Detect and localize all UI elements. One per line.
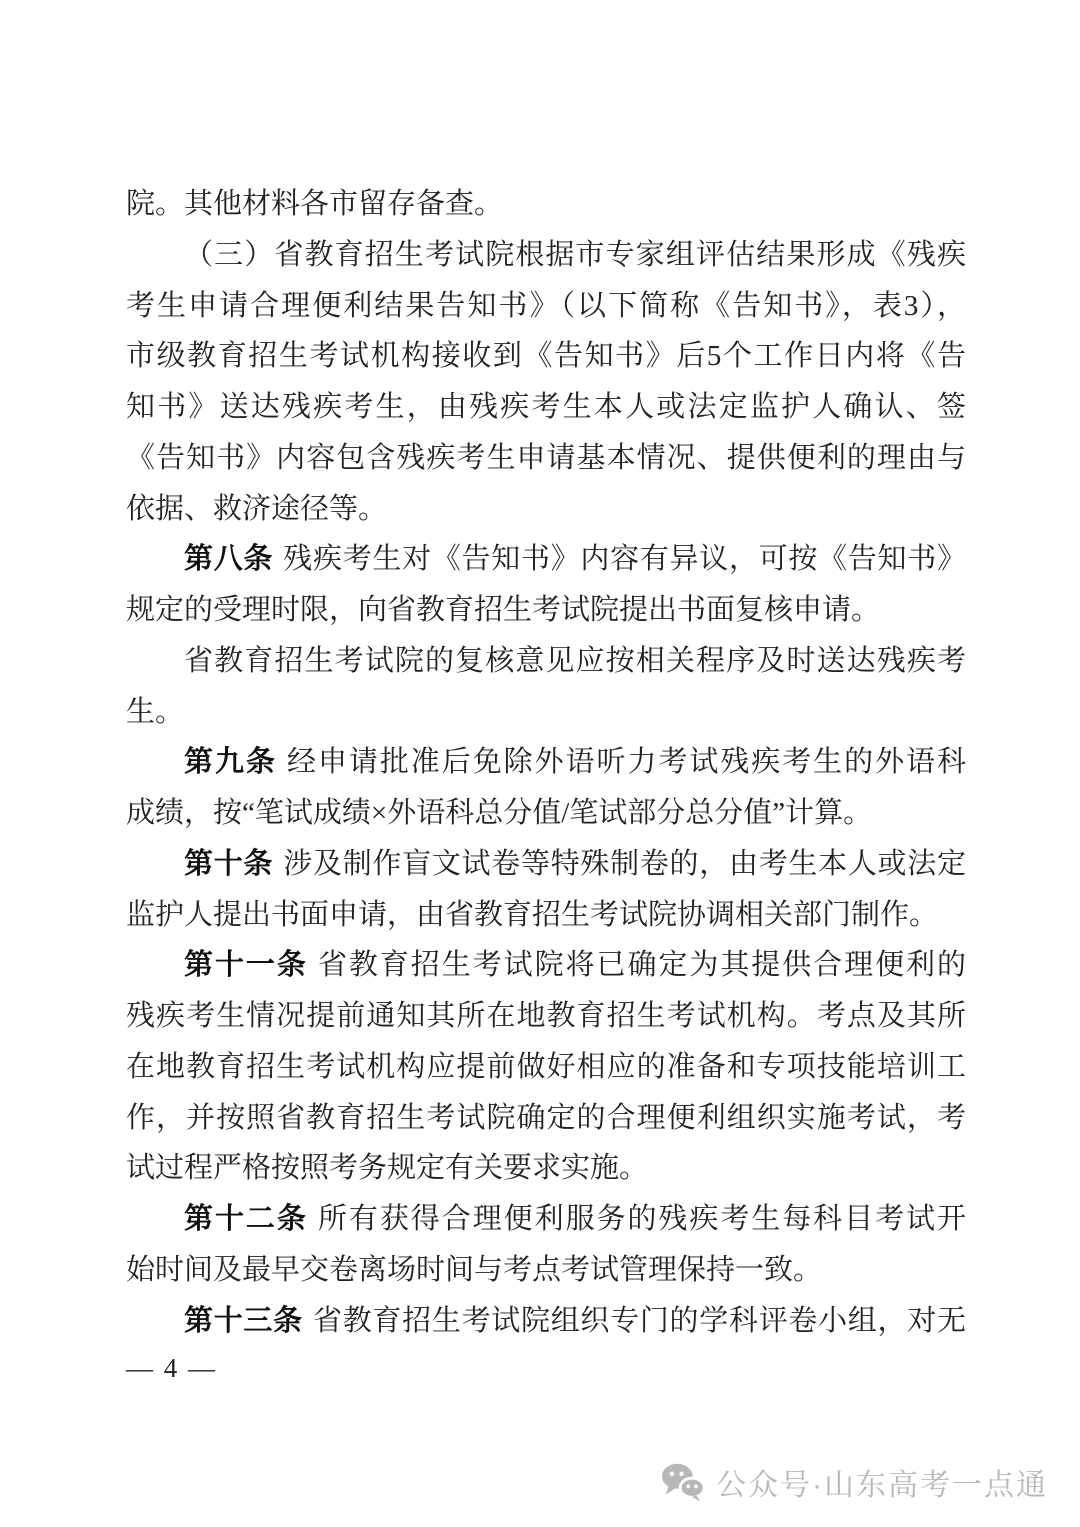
text-line: 第九条经申请批准后免除外语听力考试残疾考生的外语科 bbox=[126, 737, 966, 788]
text-line: 残疾考生情况提前通知其所在地教育招生考试机构。考点及其所 bbox=[126, 991, 966, 1042]
text-line: （三）省教育招生考试院根据市专家组评估结果形成《残疾 bbox=[126, 230, 966, 281]
text-line: 第八条残疾考生对《告知书》内容有异议，可按《告知书》 bbox=[126, 534, 966, 585]
line-text: 知书》送达残疾考生，由残疾考生本人或法定监护人确认、签收。 bbox=[126, 391, 966, 433]
line-text: 涉及制作盲文试卷等特殊制卷的，由考生本人或法定 bbox=[283, 848, 966, 880]
line-text: 省教育招生考试院组织专门的学科评卷小组，对无 bbox=[313, 1305, 966, 1337]
text-line: 监护人提出书面申请，由省教育招生考试院协调相关部门制作。 bbox=[126, 890, 966, 941]
line-text: 《告知书》内容包含残疾考生申请基本情况、提供便利的理由与 bbox=[126, 442, 966, 474]
line-text: 经申请批准后免除外语听力考试残疾考生的外语科 bbox=[287, 746, 966, 778]
page-number: — 4 — bbox=[126, 1348, 217, 1388]
text-line: 《告知书》内容包含残疾考生申请基本情况、提供便利的理由与 bbox=[126, 433, 966, 484]
text-line: 在地教育招生考试机构应提前做好相应的准备和专项技能培训工 bbox=[126, 1042, 966, 1093]
text-line: 规定的受理时限，向省教育招生考试院提出书面复核申请。 bbox=[126, 585, 966, 636]
line-text: 试过程严格按照考务规定有关要求实施。 bbox=[126, 1152, 648, 1184]
line-text: 省教育招生考试院的复核意见应按相关程序及时送达残疾考 bbox=[184, 645, 966, 677]
line-text: 市级教育招生考试机构接收到《告知书》后5个工作日内将《告 bbox=[126, 340, 966, 372]
article-number-label: 第十一条 bbox=[184, 949, 308, 981]
line-text: 残疾考生情况提前通知其所在地教育招生考试机构。考点及其所 bbox=[126, 1000, 966, 1032]
line-text: 院。其他材料各市留存备查。 bbox=[126, 188, 503, 220]
text-line: 第十二条所有获得合理便利服务的残疾考生每科目考试开 bbox=[126, 1194, 966, 1245]
line-text: （三）省教育招生考试院根据市专家组评估结果形成《残疾 bbox=[184, 239, 966, 271]
text-line: 依据、救济途径等。 bbox=[126, 484, 966, 535]
text-line: 生。 bbox=[126, 687, 966, 738]
line-text: 依据、救济途径等。 bbox=[126, 493, 387, 525]
wechat-account-label: 公众号·山东高考一点通 bbox=[716, 1460, 1048, 1504]
line-text: 规定的受理时限，向省教育招生考试院提出书面复核申请。 bbox=[126, 594, 880, 626]
text-line: 院。其他材料各市留存备查。 bbox=[126, 179, 966, 230]
article-number-label: 第九条 bbox=[184, 746, 277, 778]
text-line: 第十条涉及制作盲文试卷等特殊制卷的，由考生本人或法定 bbox=[126, 839, 966, 890]
line-text: 省教育招生考试院将已确定为其提供合理便利的 bbox=[318, 949, 966, 981]
line-text: 作，并按照省教育招生考试院确定的合理便利组织实施考试，考 bbox=[126, 1102, 966, 1134]
line-text: 残疾考生对《告知书》内容有异议，可按《告知书》 bbox=[283, 543, 966, 575]
wechat-watermark: 公众号·山东高考一点通 bbox=[660, 1460, 1048, 1504]
article-number-label: 第十条 bbox=[184, 848, 273, 880]
text-line: 考生申请合理便利结果告知书》（以下简称《告知书》，表3）， bbox=[126, 281, 966, 332]
line-text: 始时间及最早交卷离场时间与考点考试管理保持一致。 bbox=[126, 1254, 822, 1286]
text-line: 始时间及最早交卷离场时间与考点考试管理保持一致。 bbox=[126, 1245, 966, 1296]
line-text: 生。 bbox=[126, 696, 184, 728]
text-line: 试过程严格按照考务规定有关要求实施。 bbox=[126, 1143, 966, 1194]
text-line: 省教育招生考试院的复核意见应按相关程序及时送达残疾考 bbox=[126, 636, 966, 687]
line-text: 所有获得合理便利服务的残疾考生每科目考试开 bbox=[318, 1203, 966, 1235]
text-line: 第十三条省教育招生考试院组织专门的学科评卷小组，对无 bbox=[126, 1296, 966, 1347]
text-line: 市级教育招生考试机构接收到《告知书》后5个工作日内将《告 bbox=[126, 331, 966, 382]
document-page: 院。其他材料各市留存备查。 （三）省教育招生考试院根据市专家组评估结果形成《残疾… bbox=[0, 0, 1080, 1527]
text-line: 成绩，按“笔试成绩×外语科总分值/笔试部分总分值”计算。 bbox=[126, 788, 966, 839]
document-body: 院。其他材料各市留存备查。 （三）省教育招生考试院根据市专家组评估结果形成《残疾… bbox=[126, 179, 966, 1346]
line-text: 考生申请合理便利结果告知书》（以下简称《告知书》，表3）， bbox=[126, 290, 966, 322]
article-number-label: 第十二条 bbox=[184, 1203, 308, 1235]
article-number-label: 第十三条 bbox=[184, 1305, 303, 1337]
text-line: 作，并按照省教育招生考试院确定的合理便利组织实施考试，考 bbox=[126, 1093, 966, 1144]
line-text: 在地教育招生考试机构应提前做好相应的准备和专项技能培训工 bbox=[126, 1051, 966, 1083]
text-line: 知书》送达残疾考生，由残疾考生本人或法定监护人确认、签收。 bbox=[126, 382, 966, 433]
article-number-label: 第八条 bbox=[184, 543, 273, 575]
line-text: 监护人提出书面申请，由省教育招生考试院协调相关部门制作。 bbox=[126, 899, 938, 931]
line-text: 成绩，按“笔试成绩×外语科总分值/笔试部分总分值”计算。 bbox=[126, 797, 872, 829]
text-line: 第十一条省教育招生考试院将已确定为其提供合理便利的 bbox=[126, 940, 966, 991]
wechat-icon bbox=[660, 1461, 706, 1503]
